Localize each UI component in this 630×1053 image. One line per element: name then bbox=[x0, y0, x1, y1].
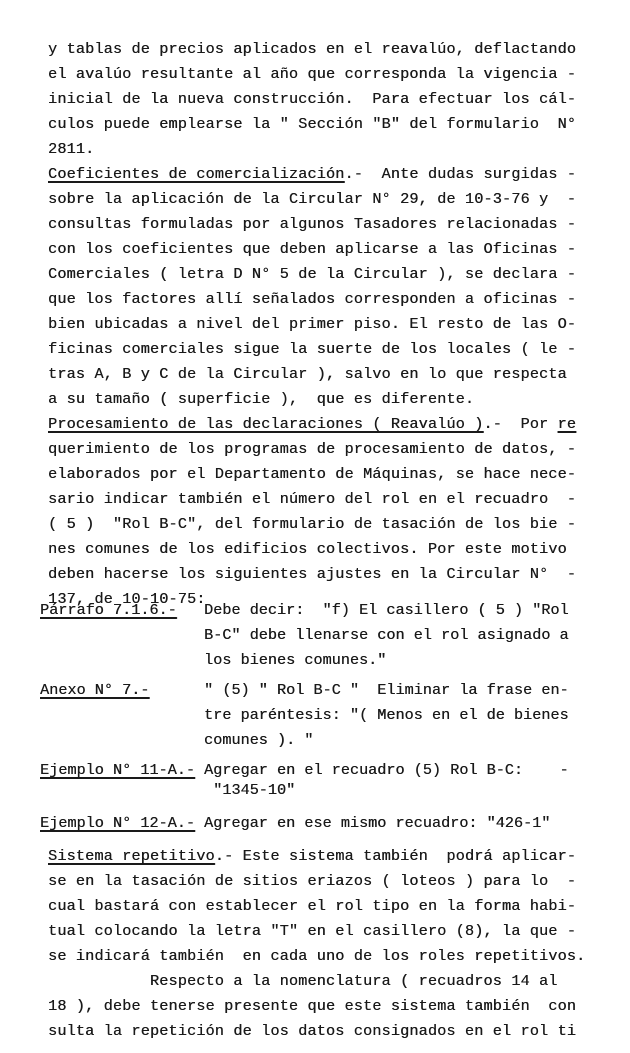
coeficientes-line: tras A, B y C de la Circular ), salvo en… bbox=[48, 364, 567, 384]
procesamiento-line: nes comunes de los edificios colectivos.… bbox=[48, 539, 567, 559]
procesamiento-line: ( 5 ) "Rol B-C", del formulario de tasac… bbox=[48, 514, 576, 534]
coeficientes-line: ficinas comerciales sigue la suerte de l… bbox=[48, 339, 576, 359]
coeficientes-first-line-rest: .- Ante dudas surgidas - bbox=[344, 165, 576, 183]
coeficientes-heading-line: Coeficientes de comercialización.- Ante … bbox=[48, 164, 576, 184]
item-label-ejemplo-11a: Ejemplo N° 11-A.- bbox=[40, 760, 195, 780]
intro-line: inicial de la nueva construcción. Para e… bbox=[48, 89, 576, 109]
intro-line: 2811. bbox=[48, 139, 94, 159]
procesamiento-line: deben hacerse los siguientes ajustes en … bbox=[48, 564, 576, 584]
item-text-line: los bienes comunes." bbox=[204, 650, 386, 670]
intro-line: culos puede emplearse la " Sección "B" d… bbox=[48, 114, 576, 134]
sistema-line: se indicará también en cada uno de los r… bbox=[48, 946, 585, 966]
item-text-line: "1345-10" bbox=[204, 780, 295, 800]
procesamiento-line: elaborados por el Departamento de Máquin… bbox=[48, 464, 576, 484]
item-text-line: Agregar en ese mismo recuadro: "426-1" bbox=[204, 813, 550, 833]
item-text-line: comunes ). " bbox=[204, 730, 313, 750]
item-label-ejemplo-12a: Ejemplo N° 12-A.- bbox=[40, 813, 195, 833]
sistema-heading: Sistema repetitivo bbox=[48, 847, 215, 865]
item-label-anexo: Anexo N° 7.- bbox=[40, 680, 149, 700]
document-page: y tablas de precios aplicados en el reav… bbox=[0, 0, 630, 1053]
sistema-line: cual bastará con establecer el rol tipo … bbox=[48, 896, 576, 916]
sistema-heading-line: Sistema repetitivo.- Este sistema tambié… bbox=[48, 846, 576, 866]
procesamiento-first-line-tail: re bbox=[558, 415, 577, 433]
intro-line: el avalúo resultante al año que correspo… bbox=[48, 64, 576, 84]
procesamiento-first-line-rest: .- Por bbox=[483, 415, 557, 433]
item-text-line: Agregar en el recuadro (5) Rol B-C: - bbox=[204, 760, 569, 780]
coeficientes-line: sobre la aplicación de la Circular N° 29… bbox=[48, 189, 576, 209]
sistema-line: tual colocando la letra "T" en el casill… bbox=[48, 921, 576, 941]
coeficientes-line: bien ubicadas a nivel del primer piso. E… bbox=[48, 314, 576, 334]
nomenclatura-line: 18 ), debe tenerse presente que este sis… bbox=[48, 996, 576, 1016]
coeficientes-line: Comerciales ( letra D N° 5 de la Circula… bbox=[48, 264, 576, 284]
sistema-first-line-rest: .- Este sistema también podrá aplicar- bbox=[215, 847, 576, 865]
coeficientes-line: consultas formuladas por algunos Tasador… bbox=[48, 214, 576, 234]
item-text-line: " (5) " Rol B-C " Eliminar la frase en- bbox=[204, 680, 569, 700]
item-text-line: B-C" debe llenarse con el rol asignado a bbox=[204, 625, 569, 645]
procesamiento-heading: Procesamiento de las declaraciones ( Rea… bbox=[48, 415, 483, 433]
item-text-line: Debe decir: "f) El casillero ( 5 ) "Rol bbox=[204, 600, 569, 620]
coeficientes-line: que los factores allí señalados correspo… bbox=[48, 289, 576, 309]
item-text-line: tre paréntesis: "( Menos en el de bienes bbox=[204, 705, 569, 725]
sistema-line: se en la tasación de sitios eriazos ( lo… bbox=[48, 871, 576, 891]
procesamiento-line: querimiento de los programas de procesam… bbox=[48, 439, 576, 459]
procesamiento-heading-line: Procesamiento de las declaraciones ( Rea… bbox=[48, 414, 576, 434]
coeficientes-line: con los coeficientes que deben aplicarse… bbox=[48, 239, 576, 259]
nomenclatura-line: Respecto a la nomenclatura ( recuadros 1… bbox=[48, 971, 558, 991]
item-label-parrafo: Párrafo 7.1.6.- bbox=[40, 600, 177, 620]
procesamiento-line: sario indicar también el número del rol … bbox=[48, 489, 576, 509]
nomenclatura-line: sulta la repetición de los datos consign… bbox=[48, 1021, 576, 1041]
coeficientes-line: a su tamaño ( superficie ), que es difer… bbox=[48, 389, 474, 409]
coeficientes-heading: Coeficientes de comercialización bbox=[48, 165, 344, 183]
intro-line: y tablas de precios aplicados en el reav… bbox=[48, 39, 576, 59]
